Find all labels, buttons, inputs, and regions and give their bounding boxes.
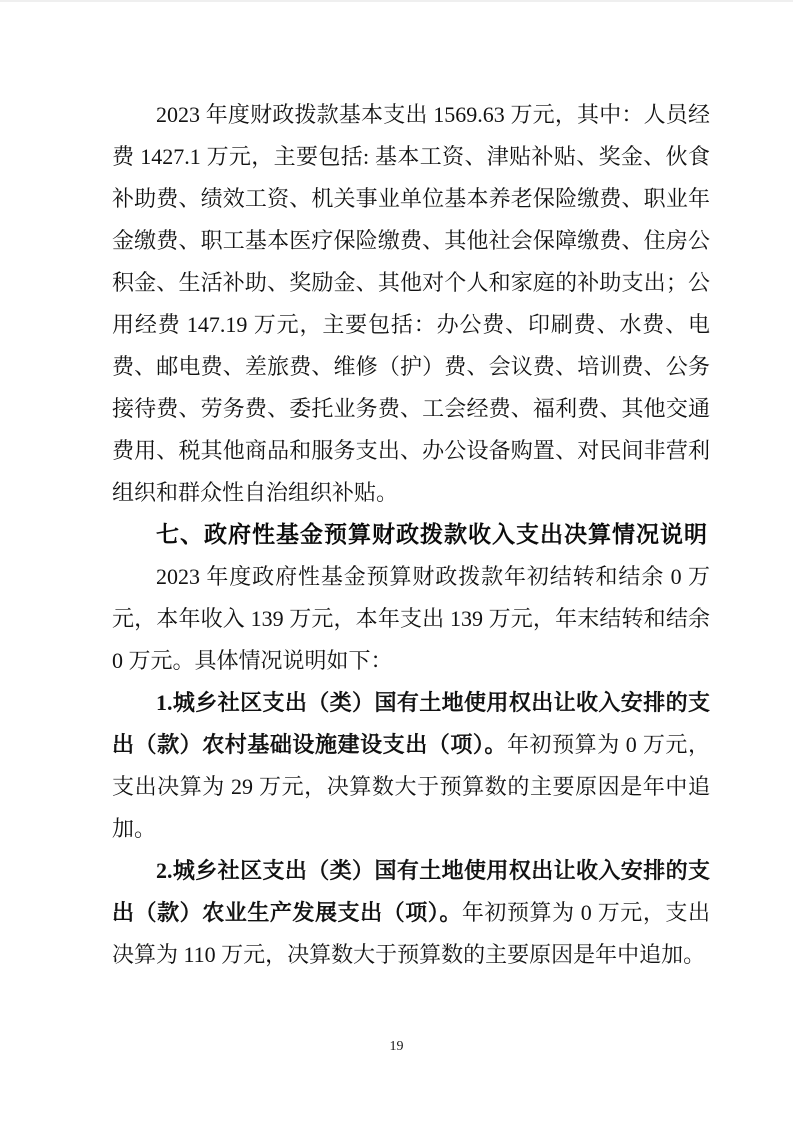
page-number: 19 bbox=[0, 1036, 793, 1058]
paragraph-gov-fund-summary: 2023 年度政府性基金预算财政拨款年初结转和结余 0 万元，本年收入 139 … bbox=[112, 556, 710, 682]
page-content: 2023 年度财政拨款基本支出 1569.63 万元，其中：人员经费 1427.… bbox=[112, 94, 710, 976]
paragraph-basic-expenditure: 2023 年度财政拨款基本支出 1569.63 万元，其中：人员经费 1427.… bbox=[112, 94, 710, 514]
section-heading-gov-fund: 七、政府性基金预算财政拨款收入支出决算情况说明 bbox=[112, 514, 710, 556]
page-top-edge bbox=[0, 0, 793, 2]
paragraph-item-1: 1.城乡社区支出（类）国有土地使用权出让收入安排的支出（款）农村基础设施建设支出… bbox=[112, 682, 710, 850]
document-page: 2023 年度财政拨款基本支出 1569.63 万元，其中：人员经费 1427.… bbox=[0, 0, 793, 1122]
paragraph-item-2: 2.城乡社区支出（类）国有土地使用权出让收入安排的支出（款）农业生产发展支出（项… bbox=[112, 850, 710, 976]
